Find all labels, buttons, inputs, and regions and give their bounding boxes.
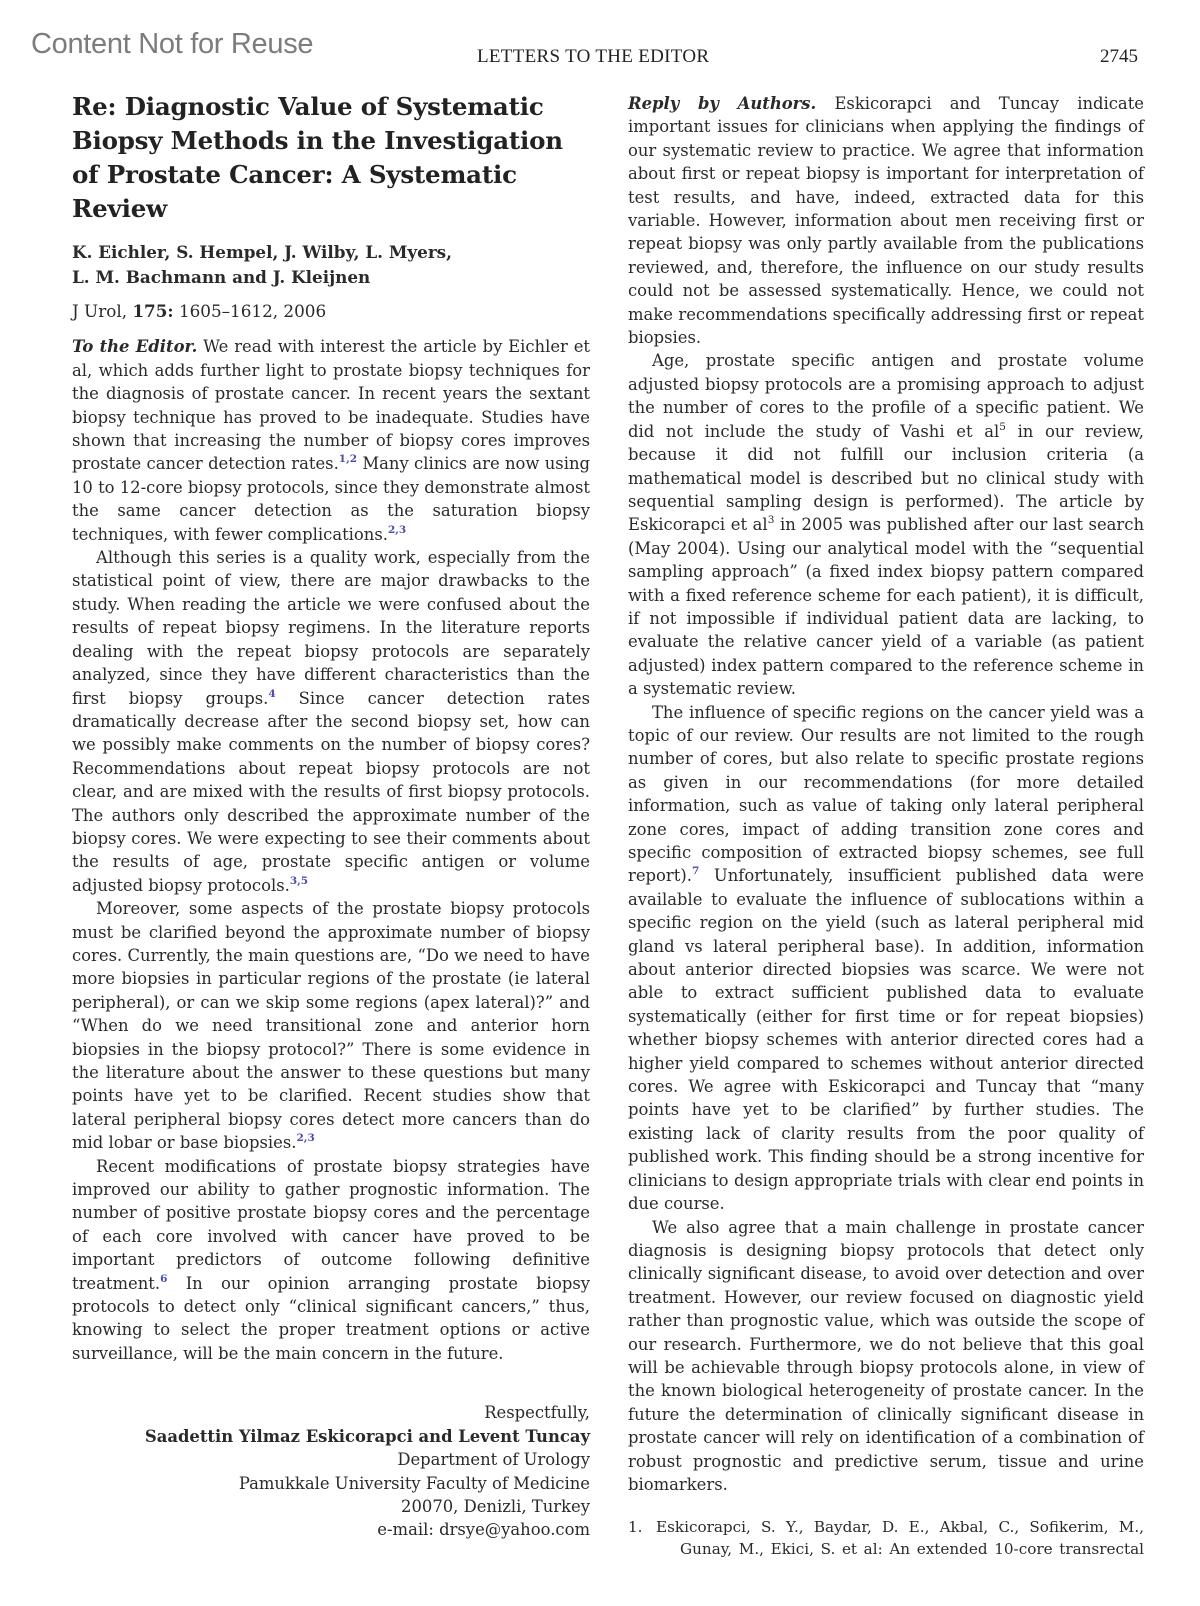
letter-lead-in: To the Editor. [72, 337, 197, 356]
reference-item: 1. Eskicorapci, S. Y., Baydar, D. E., Ak… [628, 1516, 1144, 1560]
title-line: Re: Diagnostic Value of Systematic [72, 92, 544, 121]
reference-text: Eskicorapci, S. Y., Baydar, D. E., Akbal… [656, 1516, 1144, 1560]
running-head: LETTERS TO THE EDITOR [477, 46, 709, 68]
signature-block: Respectfully, Saadettin Yilmaz Eskicorap… [72, 1401, 590, 1541]
reference-number: 1. [628, 1516, 656, 1560]
body-paragraph: Moreover, some aspects of the prostate b… [72, 897, 590, 1154]
journal-volume: 175: [132, 301, 173, 321]
reference-link[interactable]: 7 [692, 865, 699, 877]
body-paragraph: Although this series is a quality work, … [72, 546, 590, 897]
page-number: 2745 [1100, 46, 1138, 68]
department: Department of Urology [72, 1448, 590, 1471]
reference-list: 1. Eskicorapci, S. Y., Baydar, D. E., Ak… [628, 1516, 1144, 1560]
body-paragraph: The influence of specific regions on the… [628, 701, 1144, 1216]
superscript-citation: 5 [999, 421, 1006, 433]
title-line: of Prostate Cancer: A Systematic Review [72, 160, 517, 223]
institution: Pamukkale University Faculty of Medicine [72, 1472, 590, 1495]
article-authors: K. Eichler, S. Hempel, J. Wilby, L. Myer… [72, 240, 590, 290]
authors-line: L. M. Bachmann and J. Kleijnen [72, 267, 370, 287]
journal-pages-year: 1605–1612, 2006 [174, 301, 327, 321]
body-paragraph: We also agree that a main challenge in p… [628, 1216, 1144, 1497]
email-link[interactable]: e-mail: drsye@yahoo.com [72, 1518, 590, 1541]
letter-body: To the Editor. We read with interest the… [72, 335, 590, 1365]
reference-line: Gunay, M., Ekici, S. et al: An extended … [656, 1538, 1144, 1560]
reference-link[interactable]: 1,2 [339, 453, 357, 465]
signers: Saadettin Yilmaz Eskicorapci and Levent … [72, 1425, 590, 1448]
reference-link[interactable]: 3,5 [290, 875, 308, 887]
body-paragraph: To the Editor. We read with interest the… [72, 335, 590, 546]
closing: Respectfully, [72, 1401, 590, 1424]
title-line: Biopsy Methods in the Investigation [72, 126, 563, 155]
reference-link[interactable]: 2,3 [388, 524, 406, 536]
body-paragraph: Age, prostate specific antigen and prost… [628, 349, 1144, 700]
reply-lead-in: Reply by Authors. [628, 94, 816, 113]
body-paragraph: Recent modifications of prostate biopsy … [72, 1155, 590, 1366]
letter-column: Re: Diagnostic Value of Systematic Biops… [72, 90, 590, 1542]
journal-name: J Urol, [72, 301, 132, 321]
letter-title: Re: Diagnostic Value of Systematic Biops… [72, 90, 590, 226]
authors-line: K. Eichler, S. Hempel, J. Wilby, L. Myer… [72, 242, 452, 262]
reference-line: Eskicorapci, S. Y., Baydar, D. E., Akbal… [656, 1516, 1144, 1538]
reference-link[interactable]: 4 [268, 688, 275, 700]
body-paragraph: Reply by Authors. Eskicorapci and Tuncay… [628, 92, 1144, 349]
address: 20070, Denizli, Turkey [72, 1495, 590, 1518]
watermark: Content Not for Reuse [31, 28, 313, 61]
reference-link[interactable]: 6 [160, 1273, 167, 1285]
reference-link[interactable]: 2,3 [296, 1132, 314, 1144]
journal-citation: J Urol, 175: 1605–1612, 2006 [72, 300, 590, 323]
reply-column: Reply by Authors. Eskicorapci and Tuncay… [628, 92, 1144, 1560]
reply-body: Reply by Authors. Eskicorapci and Tuncay… [628, 92, 1144, 1496]
superscript-citation: 3 [768, 514, 775, 526]
